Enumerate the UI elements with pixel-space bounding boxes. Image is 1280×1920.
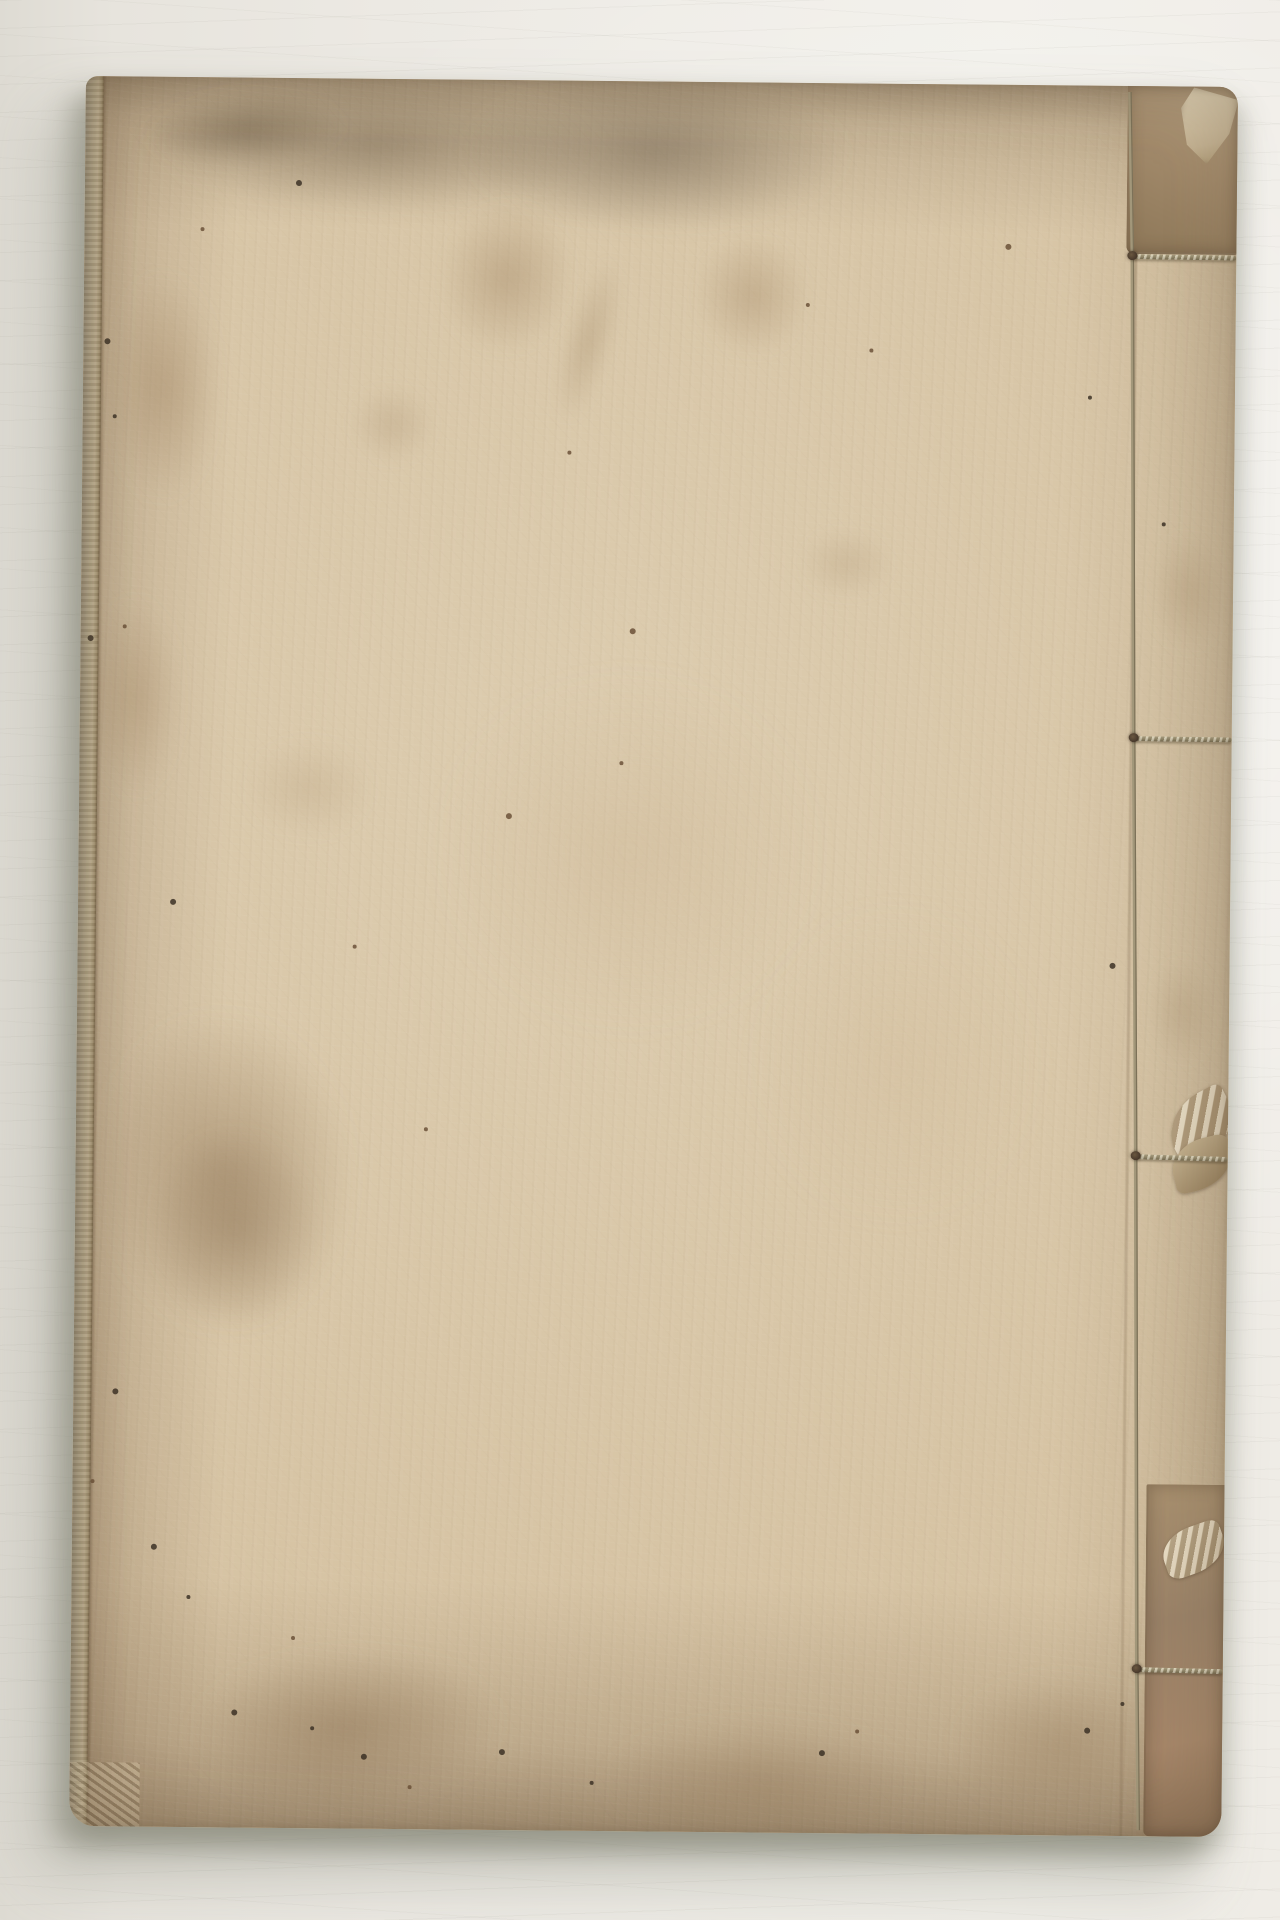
speck (855, 1729, 859, 1733)
speck (567, 451, 571, 455)
speck (1005, 244, 1011, 250)
speck (113, 414, 117, 418)
speck (424, 1127, 428, 1131)
speck (151, 1544, 157, 1550)
speck (123, 624, 127, 628)
speck (619, 761, 623, 765)
speck (408, 1785, 412, 1789)
speck (1084, 1728, 1090, 1734)
speck (90, 1479, 94, 1483)
book-rear-cover (69, 76, 1238, 1837)
photo-scene (0, 0, 1280, 1920)
speck (170, 899, 176, 905)
speck (869, 349, 873, 353)
stitch-hole (1127, 251, 1137, 260)
speck (361, 1754, 367, 1760)
speck (806, 303, 810, 307)
speck (112, 1388, 118, 1394)
speck (590, 1781, 594, 1785)
speck (186, 1595, 190, 1599)
speck (231, 1709, 237, 1715)
speck (353, 945, 357, 949)
speck (819, 1750, 825, 1756)
speck (296, 180, 302, 186)
speck (1120, 1702, 1124, 1706)
speck (104, 338, 110, 344)
binding-thread-vertical (69, 76, 1238, 1837)
stitch-hole (1129, 733, 1139, 742)
speck (1162, 522, 1166, 526)
speck (88, 635, 94, 641)
speck (1088, 396, 1092, 400)
stitch-hole (1132, 1664, 1142, 1673)
speck (630, 628, 636, 634)
speck (310, 1726, 314, 1730)
speck (506, 813, 512, 819)
speck (291, 1636, 295, 1640)
stitch-hole (1131, 1151, 1141, 1160)
speck (1109, 963, 1115, 969)
speck (201, 227, 205, 231)
stab-binding (69, 76, 1238, 1837)
speck (499, 1749, 505, 1755)
